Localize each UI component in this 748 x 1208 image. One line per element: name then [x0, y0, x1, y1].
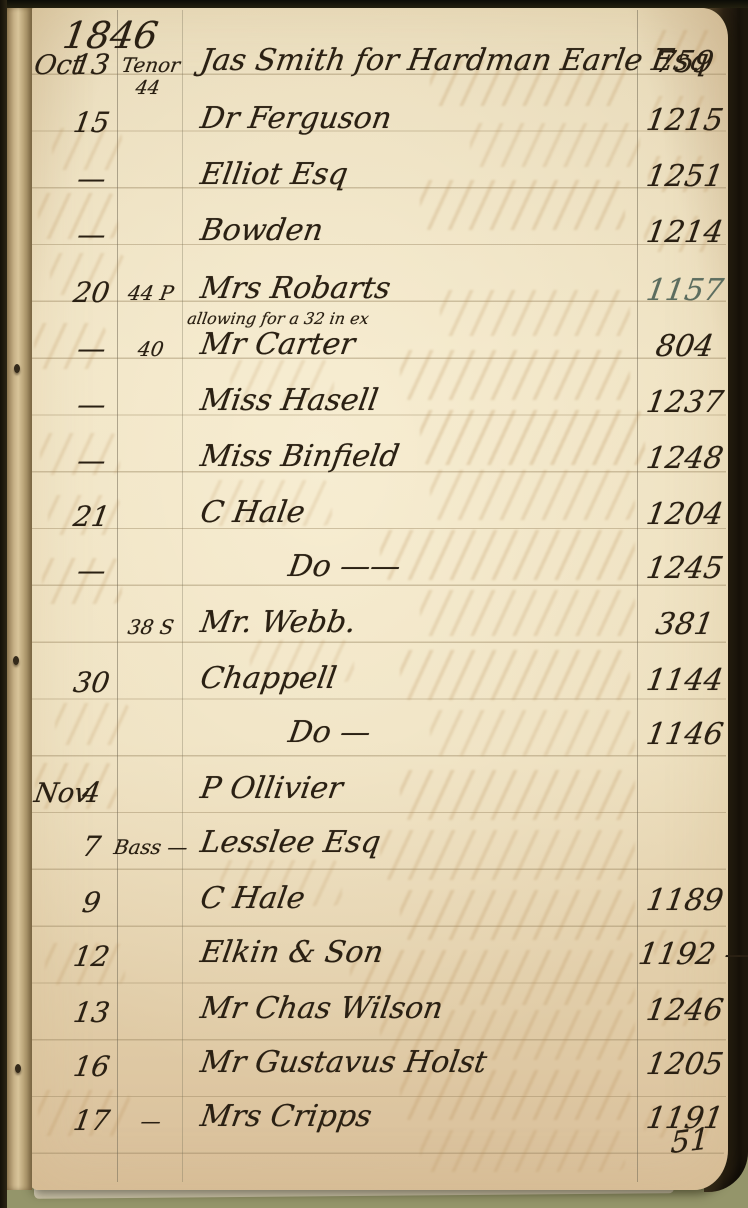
entry-name: Mr Carter [198, 327, 357, 362]
entry-day: 4 [58, 776, 125, 809]
entry-name: Chappell [198, 661, 339, 696]
ledger-row: 7 Bass — Lesslee Esq [30, 822, 728, 878]
ledger-row: 9 C Hale 1189 [30, 878, 728, 934]
entry-day: — [58, 218, 125, 251]
entry-reference-number: 804 [636, 329, 734, 364]
entry-day: — [58, 162, 125, 195]
binding [7, 8, 32, 1190]
entry-name: Elliot Esq [198, 157, 350, 192]
entry-name: Dr Ferguson [198, 101, 394, 136]
entry-day: — [58, 388, 125, 421]
entry-name: Mr Gustavus Holst [198, 1045, 489, 1080]
ledger-row: 15 Dr Ferguson 1215 [30, 98, 728, 154]
entry-annotation: 38 S [102, 615, 200, 639]
entry-name: Do —— [286, 549, 403, 584]
ledger-row: — Elliot Esq 1251 [30, 154, 728, 210]
ledger-row: 30 Chappell 1144 [30, 658, 728, 714]
ledger-row: 38 S Mr. Webb. 381 [30, 602, 728, 658]
page-number: 51 [670, 1122, 710, 1161]
entry-name: C Hale [198, 495, 307, 530]
ledger-row: — 40 Mr Carter 804 [30, 324, 728, 380]
entry-annotation-line2: 44 [116, 77, 179, 99]
entry-day: 21 [58, 500, 125, 533]
entry-reference-number: 759 [636, 45, 734, 80]
scan-edge-top [0, 0, 748, 8]
entry-reference-number: 1189 [636, 883, 734, 918]
entry-name: Mrs Robarts [198, 271, 393, 306]
entry-name: Lesslee Esq [198, 825, 383, 860]
ledger-row: 12 Elkin & Son 1192 — [30, 932, 728, 988]
entry-reference-number: 1214 [636, 215, 734, 250]
ledger-row: — Miss Hasell 1237 [30, 380, 728, 436]
entry-name: Mr. Webb. [198, 605, 358, 640]
entry-name: Elkin & Son [198, 935, 386, 970]
entry-reference-number: 1251 [636, 159, 734, 194]
scanned-ledger-photo: 1846 Oct 13 Tenor 44 Jas Smith for Hardm… [0, 0, 748, 1208]
entry-annotation: Tenor [102, 53, 200, 77]
entry-reference-number: 1237 [636, 385, 734, 420]
entry-reference-number: 381 [636, 607, 734, 642]
entry-annotation: — [102, 1109, 200, 1133]
ledger-row: 16 Mr Gustavus Holst 1205 [30, 1042, 728, 1098]
entry-reference-number: 1157 [636, 273, 734, 308]
ledger-row: — Miss Binfield 1248 [30, 436, 728, 492]
entry-reference-number: 1144 [636, 663, 734, 698]
entry-reference-number: 1215 [636, 103, 734, 138]
entry-day: 30 [58, 666, 125, 699]
entry-day: 12 [58, 940, 125, 973]
ledger-row: Oct 13 Tenor 44 Jas Smith for Hardman Ea… [30, 40, 728, 96]
ledger-row: 13 Mr Chas Wilson 1246 [30, 988, 728, 1044]
entry-name: P Ollivier [198, 771, 345, 806]
ledger-row: Nov 4 P Ollivier [30, 768, 728, 824]
ledger-row: 17 — Mrs Cripps 1191 [30, 1096, 728, 1152]
entry-reference-number: 1204 [636, 497, 734, 532]
entry-day: — [58, 554, 125, 587]
entry-annotation: Bass — [102, 835, 200, 859]
entry-reference-number: 1248 [636, 441, 734, 476]
entry-day: 16 [58, 1050, 125, 1083]
ledger-row: 21 C Hale 1204 [30, 492, 728, 548]
entry-reference-number: 1146 [636, 717, 734, 752]
entry-name: Jas Smith for Hardman Earle Esq [198, 43, 711, 78]
entry-reference-number: 1205 [636, 1047, 734, 1082]
entry-day: 15 [58, 106, 125, 139]
scan-edge-left [0, 0, 7, 1208]
entry-annotation: 40 [102, 337, 200, 361]
ledger-row: 20 44 P Mrs Robarts allowing for a 32 in… [30, 268, 728, 324]
ledger-row: — Do —— 1245 [30, 546, 728, 602]
entry-day: 9 [58, 886, 125, 919]
stitch-mark [13, 656, 19, 665]
stitch-mark [15, 1064, 21, 1073]
entry-name: Bowden [198, 213, 326, 248]
entry-day: — [58, 444, 125, 477]
entry-name: Mrs Cripps [198, 1099, 374, 1134]
entry-reference-number: 1245 [636, 551, 734, 586]
stitch-mark [14, 364, 20, 373]
entry-reference-number: 1246 [636, 993, 734, 1028]
entry-reference-number: 1192 — [636, 937, 734, 972]
entry-name: C Hale [198, 881, 307, 916]
ledger-page: 1846 Oct 13 Tenor 44 Jas Smith for Hardm… [30, 8, 728, 1190]
entry-name: Miss Hasell [198, 383, 381, 418]
entry-name: Miss Binfield [198, 439, 402, 474]
entry-name: Mr Chas Wilson [198, 991, 446, 1026]
entry-annotation: 44 P [102, 281, 200, 305]
ledger-row: Do — 1146 [30, 712, 728, 768]
entry-day: 13 [58, 996, 125, 1029]
ledger-row: — Bowden 1214 [30, 210, 728, 266]
entry-name: Do — [286, 715, 373, 750]
